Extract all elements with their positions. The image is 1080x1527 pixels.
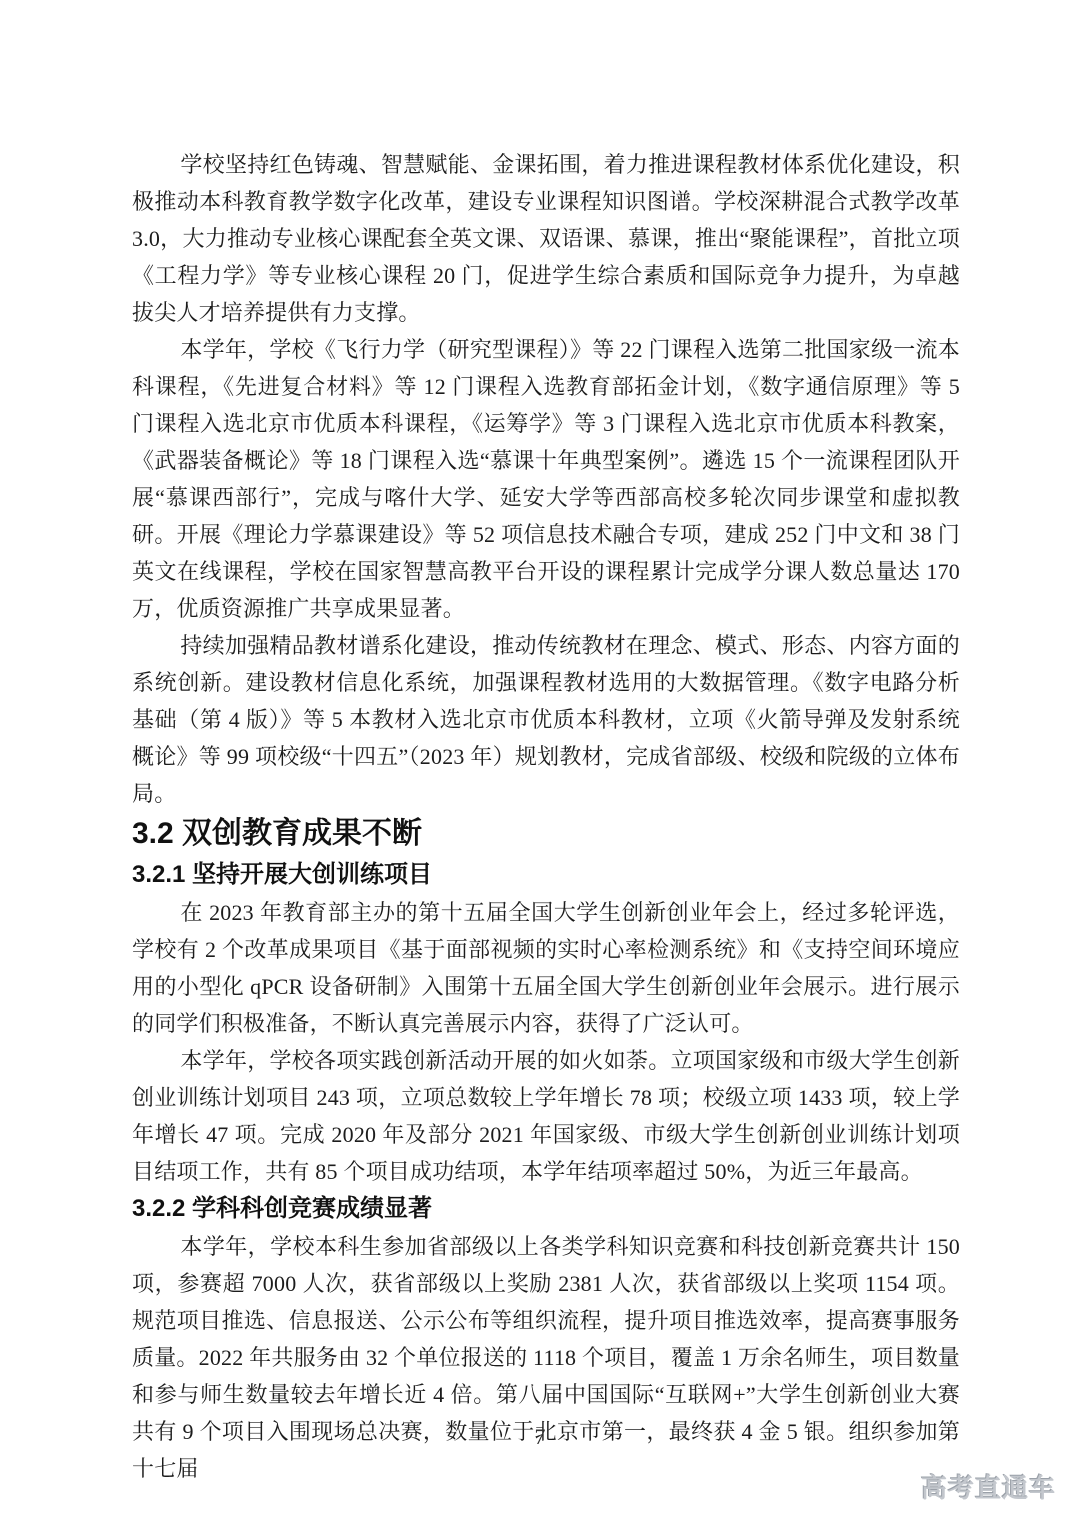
- paragraph-training-program-stats: 本学年，学校各项实践创新活动开展的如火如荼。立项国家级和市级大学生创新创业训练计…: [132, 1042, 960, 1190]
- paragraph-first-class-courses: 本学年，学校《飞行力学（研究型课程）》等 22 门课程入选第二批国家级一流本科课…: [132, 331, 960, 627]
- page-text-column: 学校坚持红色铸魂、智慧赋能、金课拓围，着力推进课程教材体系优化建设，积极推动本科…: [0, 0, 1080, 1487]
- paragraph-textbook-construction: 持续加强精品教材谱系化建设，推动传统教材在理念、模式、形态、内容方面的系统创新。…: [132, 627, 960, 812]
- subsection-heading-3-2-2: 3.2.2 学科科创竞赛成绩显著: [132, 1190, 960, 1228]
- page-number: 7: [0, 1424, 1080, 1450]
- subsection-heading-3-2-1: 3.2.1 坚持开展大创训练项目: [132, 856, 960, 894]
- document-page: 学校坚持红色铸魂、智慧赋能、金课拓围，着力推进课程教材体系优化建设，积极推动本科…: [0, 0, 1080, 1527]
- watermark-text: 高考直通车: [921, 1468, 1056, 1505]
- paragraph-course-system-reform: 学校坚持红色铸魂、智慧赋能、金课拓围，着力推进课程教材体系优化建设，积极推动本科…: [132, 146, 960, 331]
- paragraph-innovation-annual-conference: 在 2023 年教育部主办的第十五届全国大学生创新创业年会上，经过多轮评选，学校…: [132, 894, 960, 1042]
- section-heading-3-2: 3.2 双创教育成果不断: [132, 812, 960, 856]
